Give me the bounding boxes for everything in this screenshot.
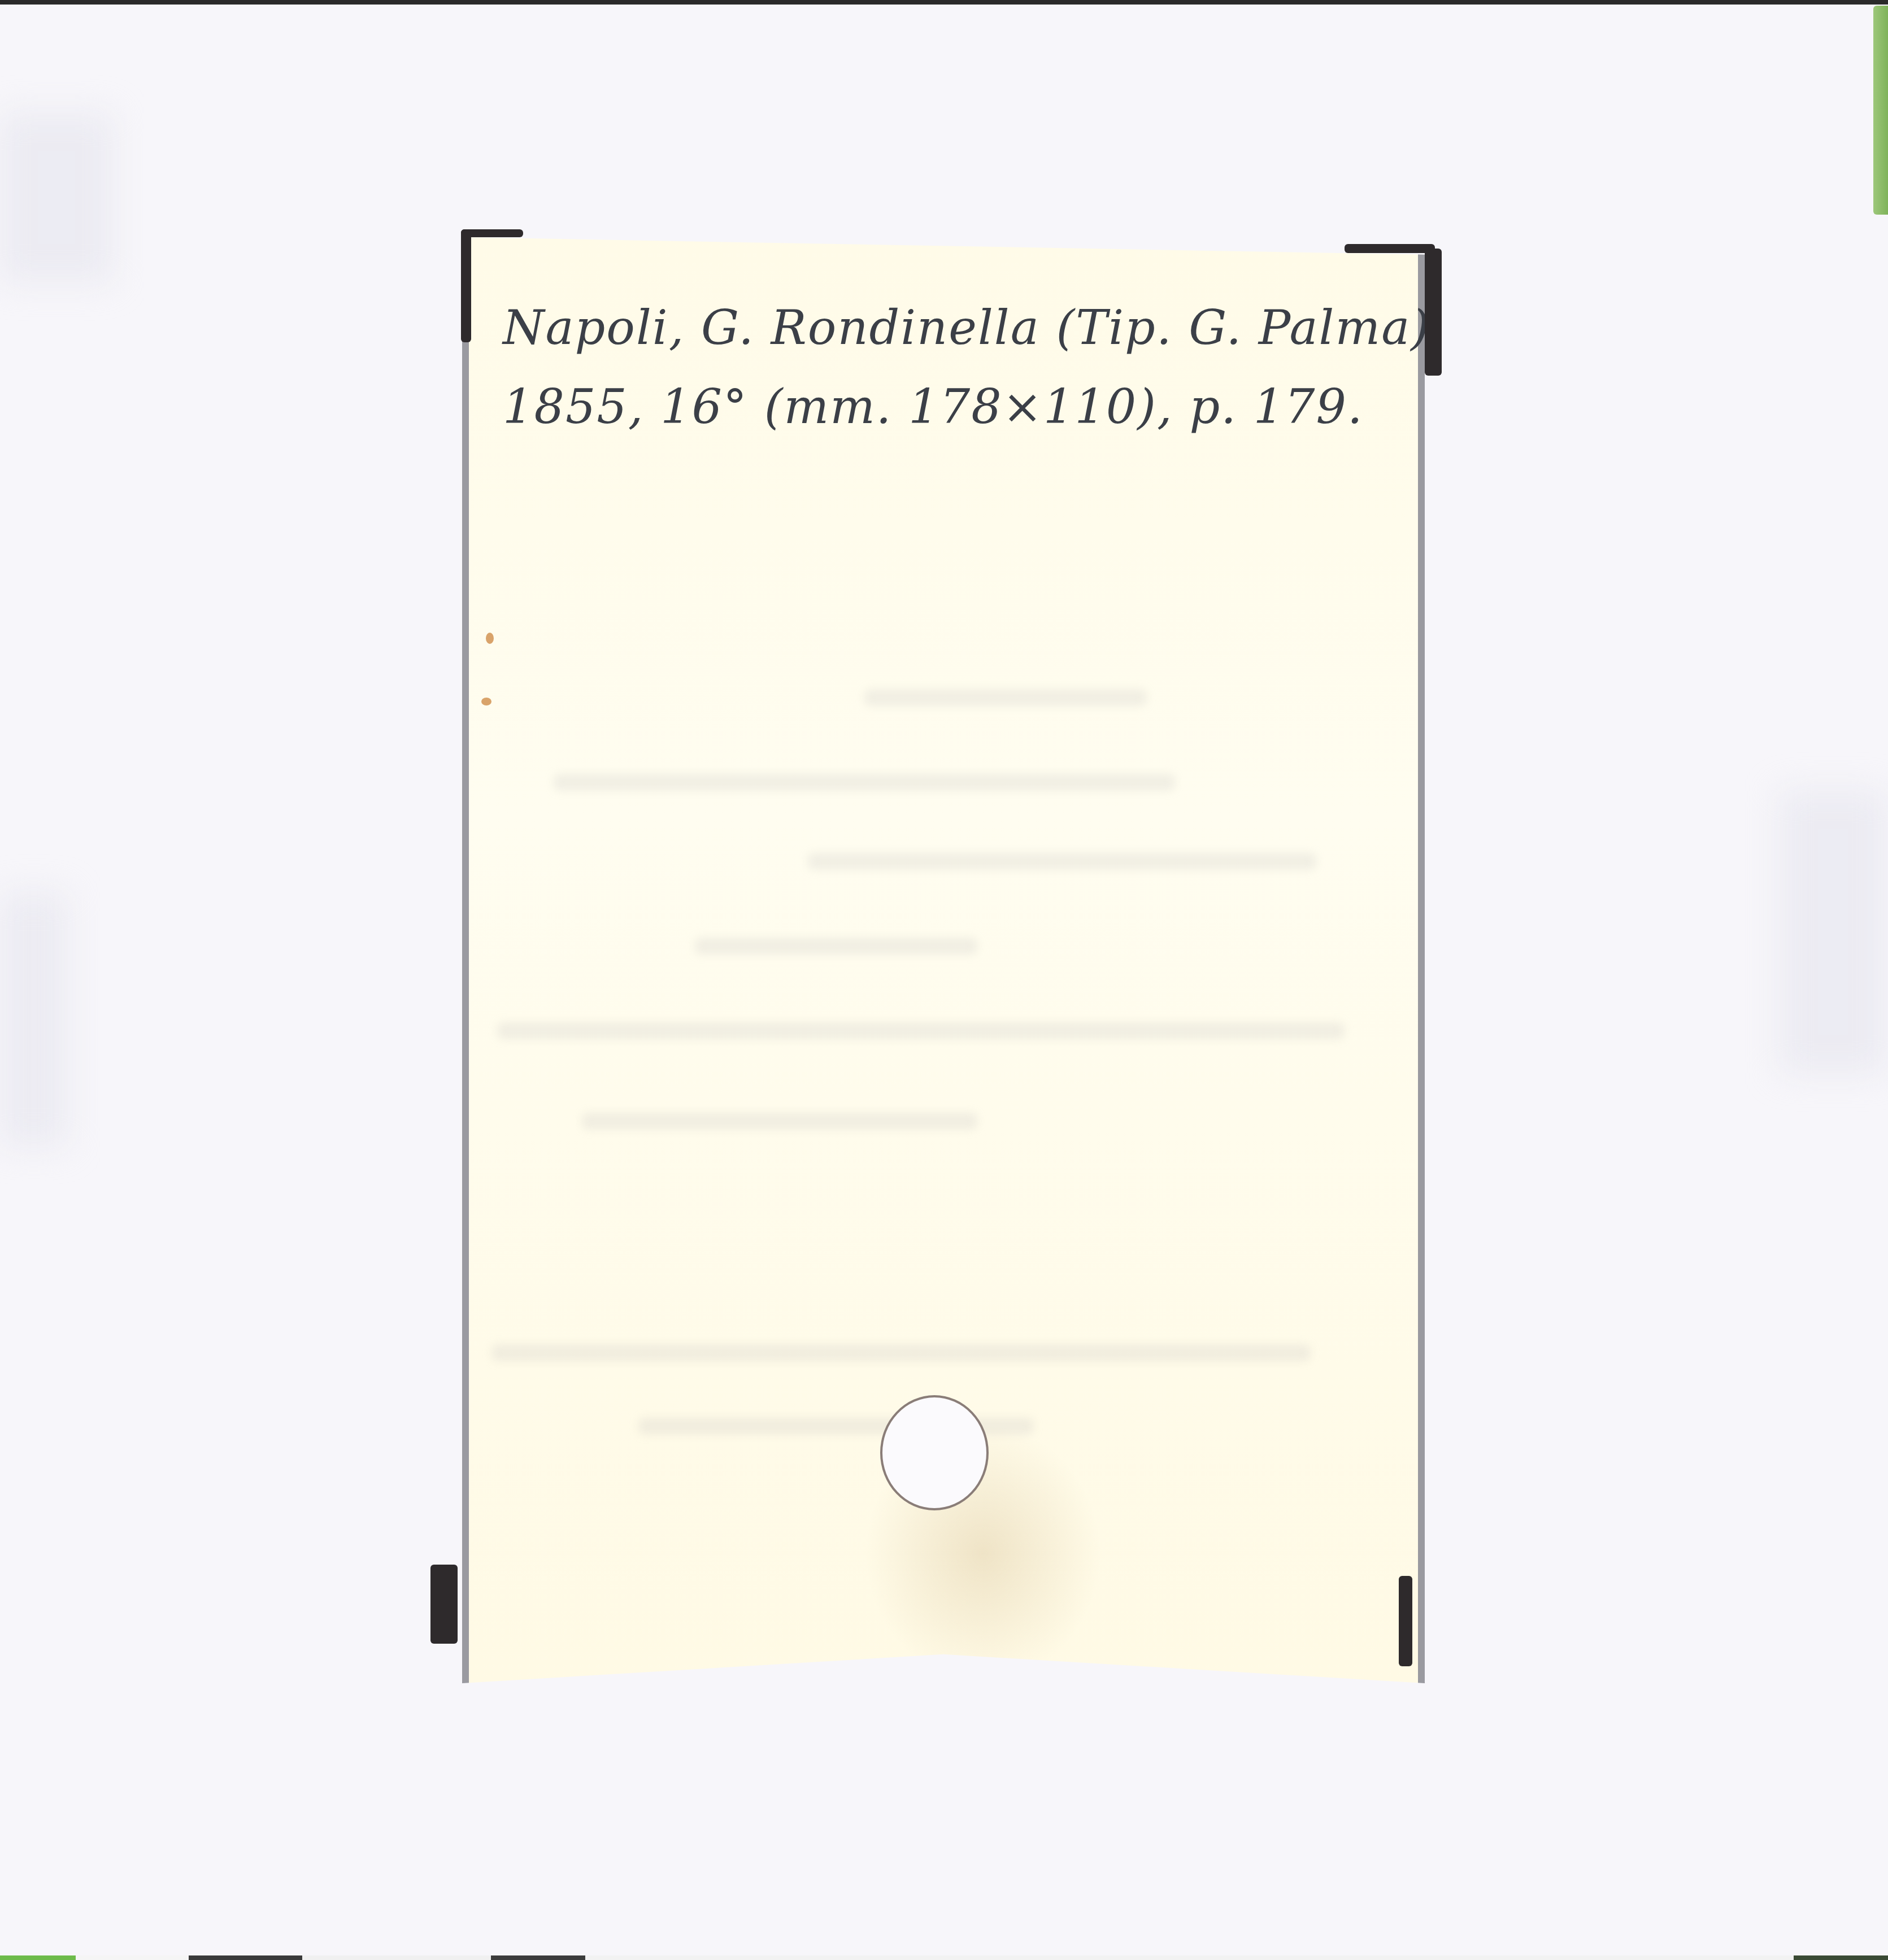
mount-corner-bottom-right xyxy=(1399,1576,1412,1666)
bleed-through-line xyxy=(497,1022,1345,1039)
background-smudge xyxy=(0,113,113,282)
mount-corner-bottom-left xyxy=(430,1565,458,1644)
citation-line-1: Napoli, G. Rondinella (Tip. G. Palma), xyxy=(503,288,1407,367)
background-smudge xyxy=(1780,791,1887,1073)
foxing-spot xyxy=(486,633,494,644)
mount-corner-top-right xyxy=(1345,244,1435,253)
mount-corner-top-right xyxy=(1425,249,1442,376)
bleed-through-line xyxy=(695,938,977,955)
bleed-through-line xyxy=(491,1344,1311,1361)
catalog-card: Napoli, G. Rondinella (Tip. G. Palma), 1… xyxy=(462,237,1425,1683)
punch-hole xyxy=(880,1395,989,1510)
background-smudge xyxy=(0,892,68,1147)
bleed-through-line xyxy=(582,1113,977,1130)
scan-top-border xyxy=(0,0,1888,5)
bleed-through-line xyxy=(864,689,1147,706)
bleed-through-line xyxy=(808,853,1316,870)
mount-corner-top-left xyxy=(461,229,471,342)
handwritten-citation: Napoli, G. Rondinella (Tip. G. Palma), 1… xyxy=(503,288,1407,446)
foxing-spot xyxy=(481,698,491,705)
scan-bottom-border xyxy=(0,1955,1888,1960)
bleed-through-line xyxy=(554,774,1175,791)
citation-line-2: 1855, 16° (mm. 178×110), p. 179. xyxy=(503,367,1407,446)
green-tab-edge xyxy=(1873,6,1888,215)
